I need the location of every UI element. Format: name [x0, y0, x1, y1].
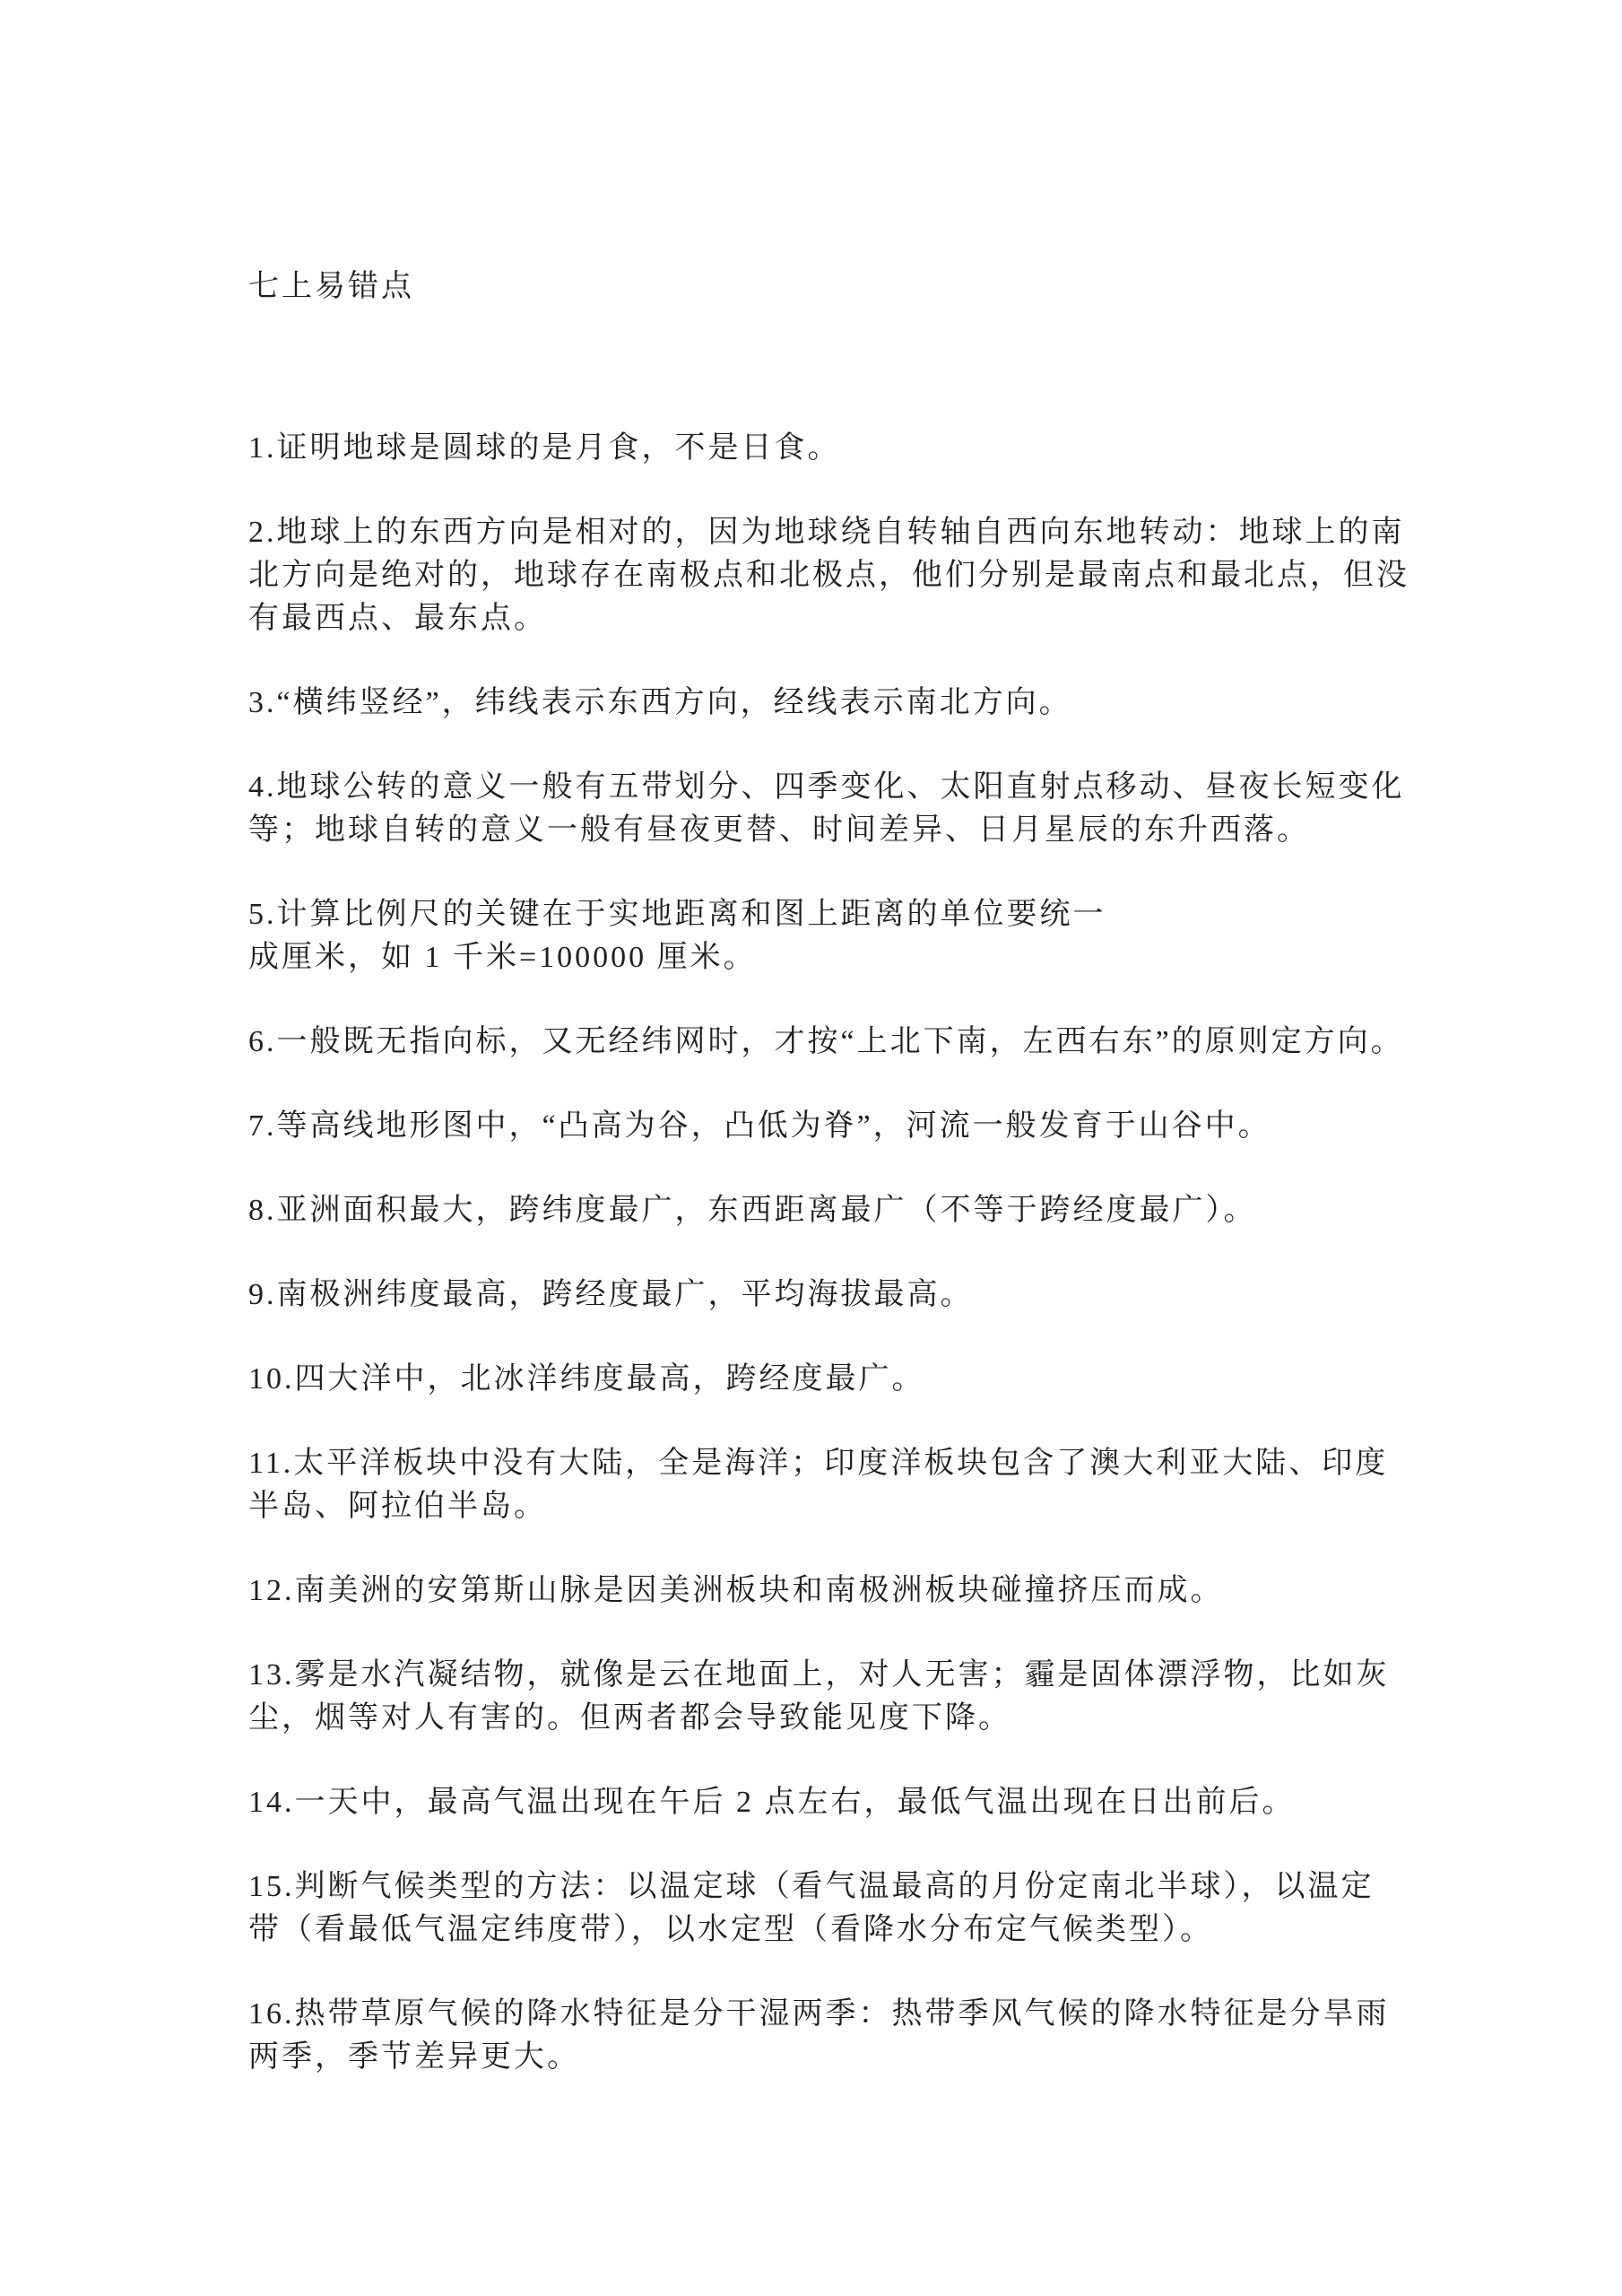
document-page: 七上易错点 1.证明地球是圆球的是月食，不是日食。 2.地球上的东西方向是相对的… [0, 0, 1622, 2296]
note-item-5: 5.计算比例尺的关键在于实地距离和图上距离的单位要统一 成厘米，如 1 千米=1… [248, 893, 1452, 979]
note-item-1: 1.证明地球是圆球的是月食，不是日食。 [248, 427, 1452, 470]
note-item-15: 15.判断气候类型的方法：以温定球（看气温最高的月份定南北半球），以温定 带（看… [248, 1865, 1452, 1952]
note-item-9: 9.南极洲纬度最高，跨经度最广，平均海拔最高。 [248, 1274, 1452, 1317]
note-item-11: 11.太平洋板块中没有大陆，全是海洋；印度洋板块包含了澳大利亚大陆、印度 半岛、… [248, 1442, 1452, 1528]
note-item-8: 8.亚洲面积最大，跨纬度最广，东西距离最广（不等于跨经度最广）。 [248, 1189, 1452, 1232]
note-item-13: 13.雾是水汽凝结物，就像是云在地面上，对人无害；霾是固体漂浮物，比如灰 尘，烟… [248, 1654, 1452, 1740]
note-item-3: 3.“横纬竖经”，纬线表示东西方向，经线表示南北方向。 [248, 682, 1452, 725]
note-item-7: 7.等高线地形图中，“凸高为谷，凸低为脊”，河流一般发育于山谷中。 [248, 1105, 1452, 1148]
note-item-10: 10.四大洋中，北冰洋纬度最高，跨经度最广。 [248, 1358, 1452, 1401]
note-item-6: 6.一般既无指向标，又无经纬网时，才按“上北下南，左西右东”的原则定方向。 [248, 1021, 1452, 1064]
note-item-14: 14.一天中，最高气温出现在午后 2 点左右，最低气温出现在日出前后。 [248, 1781, 1452, 1824]
note-item-4: 4.地球公转的意义一般有五带划分、四季变化、太阳直射点移动、昼夜长短变化 等；地… [248, 766, 1452, 852]
note-item-2: 2.地球上的东西方向是相对的，因为地球绕自转轴自西向东地转动：地球上的南 北方向… [248, 511, 1452, 640]
note-item-16: 16.热带草原气候的降水特征是分干湿两季：热带季风气候的降水特征是分旱雨 两季，… [248, 1993, 1452, 2079]
note-item-12: 12.南美洲的安第斯山脉是因美洲板块和南极洲板块碰撞挤压而成。 [248, 1570, 1452, 1613]
page-title: 七上易错点 [248, 265, 1452, 309]
